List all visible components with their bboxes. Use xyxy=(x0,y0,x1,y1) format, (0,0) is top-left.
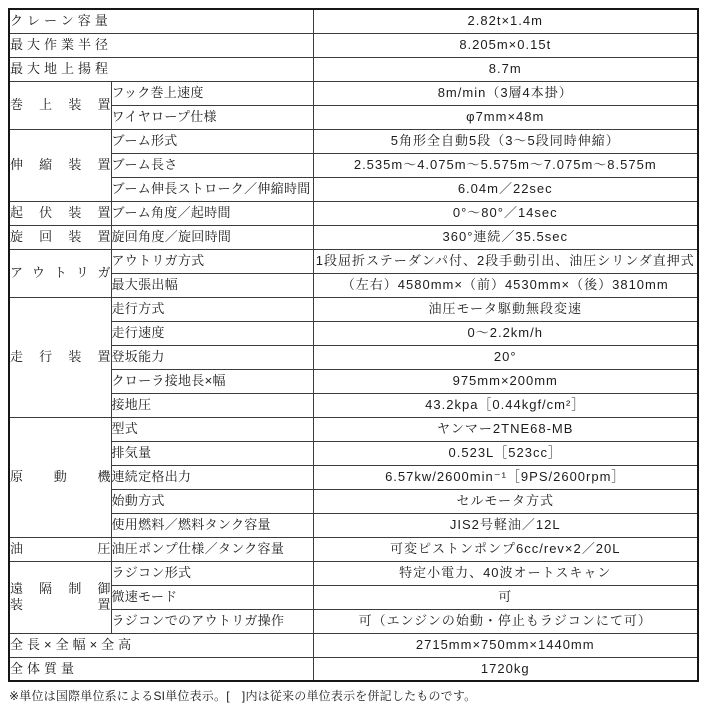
table-row: 走行装置 走行方式 油圧モータ駆動無段変速 xyxy=(9,297,698,321)
label-cell: 旋回角度／旋回時間 xyxy=(111,225,313,249)
table-row: 排気量 0.523L［523cc］ xyxy=(9,441,698,465)
label-cell: 走行速度 xyxy=(111,321,313,345)
table-row: ブーム伸長ストローク／伸縮時間 6.04m／22sec xyxy=(9,177,698,201)
table-row: 遠隔制御 装置 ラジコン形式 特定小電力、40波オートスキャン xyxy=(9,561,698,585)
label-cell: 走行方式 xyxy=(111,297,313,321)
label-cell: 登坂能力 xyxy=(111,345,313,369)
unit-footnote: ※単位は国際単位系によるSI単位表示。[ ]内は従来の単位表示を併記したものです… xyxy=(9,687,697,704)
value-cell: 0.523L［523cc］ xyxy=(313,441,698,465)
label-cell: 連続定格出力 xyxy=(111,465,313,489)
value-cell: 可変ピストンポンプ6cc/rev×2／20L xyxy=(313,537,698,561)
value-cell: 2.82t×1.4m xyxy=(313,9,698,33)
table-row: 最大作業半径 8.205m×0.15t xyxy=(9,33,698,57)
table-row: ワイヤロープ仕様 φ7mm×48m xyxy=(9,105,698,129)
category-cell: 全体質量 xyxy=(9,657,313,681)
value-cell: 20° xyxy=(313,345,698,369)
table-row: 微速モード 可 xyxy=(9,585,698,609)
value-cell: 2.535m〜4.075m〜5.575m〜7.075m〜8.575m xyxy=(313,153,698,177)
value-cell: 0〜2.2km/h xyxy=(313,321,698,345)
table-row: 登坂能力 20° xyxy=(9,345,698,369)
category-cell: 遠隔制御 装置 xyxy=(9,561,111,633)
label-cell: ブーム形式 xyxy=(111,129,313,153)
value-cell: 可（エンジンの始動・停止もラジコンにて可） xyxy=(313,609,698,633)
table-row: 始動方式 セルモータ方式 xyxy=(9,489,698,513)
value-cell: 2715mm×750mm×1440mm xyxy=(313,633,698,657)
page: クレーン容量 2.82t×1.4m 最大作業半径 8.205m×0.15t 最大… xyxy=(0,0,704,704)
category-cell: 起伏装置 xyxy=(9,201,111,225)
value-cell: φ7mm×48m xyxy=(313,105,698,129)
table-row: 全長×全幅×全高 2715mm×750mm×1440mm xyxy=(9,633,698,657)
value-cell: 特定小電力、40波オートスキャン xyxy=(313,561,698,585)
table-row: 最大地上揚程 8.7m xyxy=(9,57,698,81)
table-row: ブーム長さ 2.535m〜4.075m〜5.575m〜7.075m〜8.575m xyxy=(9,153,698,177)
label-cell: ラジコンでのアウトリガ操作 xyxy=(111,609,313,633)
value-cell: JIS2号軽油／12L xyxy=(313,513,698,537)
value-cell: （左右）4580mm×（前）4530mm×（後）3810mm xyxy=(313,273,698,297)
table-row: 旋回装置 旋回角度／旋回時間 360°連続／35.5sec xyxy=(9,225,698,249)
table-row: 走行速度 0〜2.2km/h xyxy=(9,321,698,345)
label-cell: 型式 xyxy=(111,417,313,441)
spec-table: クレーン容量 2.82t×1.4m 最大作業半径 8.205m×0.15t 最大… xyxy=(8,8,699,682)
label-cell: アウトリガ方式 xyxy=(111,249,313,273)
label-cell: 油圧ポンプ仕様／タンク容量 xyxy=(111,537,313,561)
label-cell: フック巻上速度 xyxy=(111,81,313,105)
value-cell: ヤンマー2TNE68-MB xyxy=(313,417,698,441)
category-cell: 原動機 xyxy=(9,417,111,537)
value-cell: 5角形全自動5段（3〜5段同時伸縮） xyxy=(313,129,698,153)
value-cell: 975mm×200mm xyxy=(313,369,698,393)
value-cell: 6.57kw/2600min⁻¹［9PS/2600rpm］ xyxy=(313,465,698,489)
table-row: 最大張出幅 （左右）4580mm×（前）4530mm×（後）3810mm xyxy=(9,273,698,297)
table-row: クローラ接地長×幅 975mm×200mm xyxy=(9,369,698,393)
label-cell: 接地圧 xyxy=(111,393,313,417)
table-row: 連続定格出力 6.57kw/2600min⁻¹［9PS/2600rpm］ xyxy=(9,465,698,489)
table-row: 原動機 型式 ヤンマー2TNE68-MB xyxy=(9,417,698,441)
label-cell: 最大張出幅 xyxy=(111,273,313,297)
value-cell: 可 xyxy=(313,585,698,609)
table-row: 伸縮装置 ブーム形式 5角形全自動5段（3〜5段同時伸縮） xyxy=(9,129,698,153)
label-cell: 始動方式 xyxy=(111,489,313,513)
label-cell: 使用燃料／燃料タンク容量 xyxy=(111,513,313,537)
label-cell: ブーム伸長ストローク／伸縮時間 xyxy=(111,177,313,201)
value-cell: 8.7m xyxy=(313,57,698,81)
table-row: クレーン容量 2.82t×1.4m xyxy=(9,9,698,33)
table-row: 接地圧 43.2kpa［0.44kgf/cm²］ xyxy=(9,393,698,417)
label-cell: ラジコン形式 xyxy=(111,561,313,585)
category-cell: アウトリガ xyxy=(9,249,111,297)
table-row: 油圧 油圧ポンプ仕様／タンク容量 可変ピストンポンプ6cc/rev×2／20L xyxy=(9,537,698,561)
value-cell: 1段屈折ステーダンパ付、2段手動引出、油圧シリンダ直押式 xyxy=(313,249,698,273)
value-cell: 43.2kpa［0.44kgf/cm²］ xyxy=(313,393,698,417)
category-cell: 全長×全幅×全高 xyxy=(9,633,313,657)
label-cell: ワイヤロープ仕様 xyxy=(111,105,313,129)
value-cell: 8.205m×0.15t xyxy=(313,33,698,57)
category-cell: 旋回装置 xyxy=(9,225,111,249)
table-row: 全体質量 1720kg xyxy=(9,657,698,681)
value-cell: セルモータ方式 xyxy=(313,489,698,513)
table-row: 巻上装置 フック巻上速度 8m/min（3層4本掛） xyxy=(9,81,698,105)
label-cell: 排気量 xyxy=(111,441,313,465)
category-cell: クレーン容量 xyxy=(9,9,313,33)
label-cell: ブーム角度／起時間 xyxy=(111,201,313,225)
label-cell: クローラ接地長×幅 xyxy=(111,369,313,393)
table-row: アウトリガ アウトリガ方式 1段屈折ステーダンパ付、2段手動引出、油圧シリンダ直… xyxy=(9,249,698,273)
category-cell: 巻上装置 xyxy=(9,81,111,129)
value-cell: 8m/min（3層4本掛） xyxy=(313,81,698,105)
value-cell: 6.04m／22sec xyxy=(313,177,698,201)
category-cell: 油圧 xyxy=(9,537,111,561)
category-cell: 走行装置 xyxy=(9,297,111,417)
value-cell: 360°連続／35.5sec xyxy=(313,225,698,249)
label-cell: 微速モード xyxy=(111,585,313,609)
category-cell: 最大作業半径 xyxy=(9,33,313,57)
table-row: ラジコンでのアウトリガ操作 可（エンジンの始動・停止もラジコンにて可） xyxy=(9,609,698,633)
label-cell: ブーム長さ xyxy=(111,153,313,177)
value-cell: 油圧モータ駆動無段変速 xyxy=(313,297,698,321)
category-cell: 伸縮装置 xyxy=(9,129,111,201)
table-row: 使用燃料／燃料タンク容量 JIS2号軽油／12L xyxy=(9,513,698,537)
value-cell: 1720kg xyxy=(313,657,698,681)
table-row: 起伏装置 ブーム角度／起時間 0°〜80°／14sec xyxy=(9,201,698,225)
value-cell: 0°〜80°／14sec xyxy=(313,201,698,225)
category-cell: 最大地上揚程 xyxy=(9,57,313,81)
